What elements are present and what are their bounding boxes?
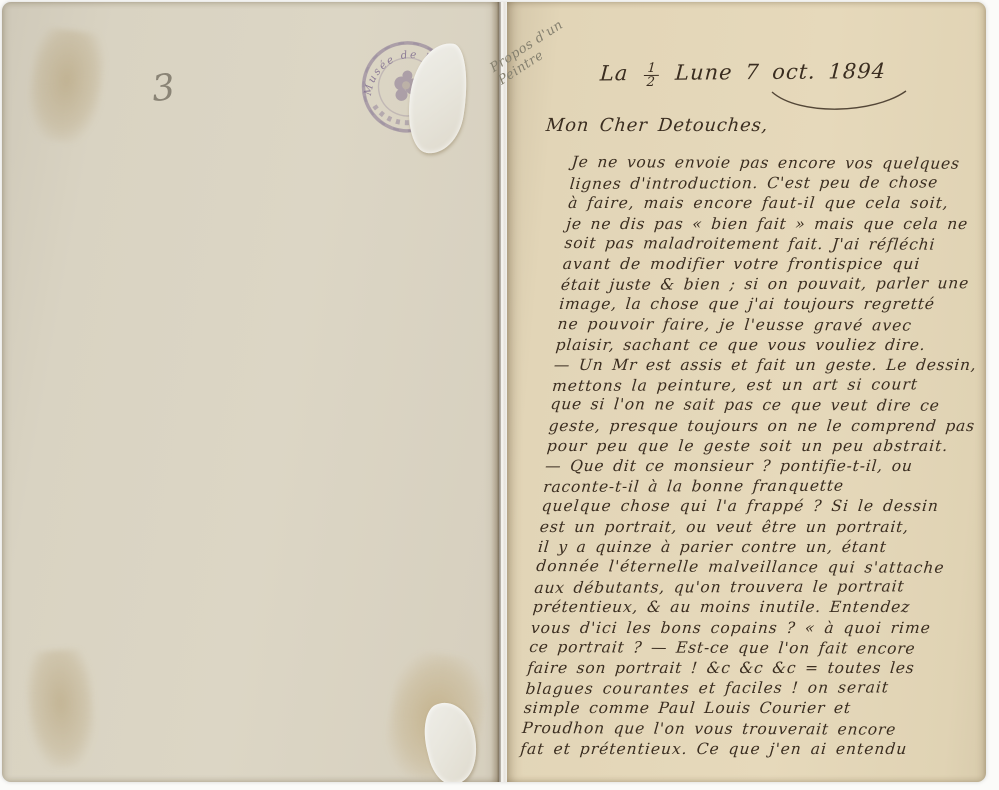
letter-line: Proudhon que l'on vous trouverait encore xyxy=(521,718,971,740)
letter-line: faire son portrait ! &c &c &c = toutes l… xyxy=(527,658,977,678)
letter-line: prétentieux, & au moins inutile. Entende… xyxy=(532,597,982,617)
letter-line: mettons la peinture, est un art si court xyxy=(551,374,986,396)
letter-line: geste, presque toujours on ne le compren… xyxy=(548,416,986,436)
letter-line: blagues courantes et faciles ! on serait xyxy=(525,677,975,699)
letter-dateline: La 12 Lune 7 oct. 1894 xyxy=(599,59,931,89)
page-left-blank: 3 Musée de la xyxy=(2,2,499,782)
letter-line: est un portrait, ou veut être un portrai… xyxy=(539,517,986,537)
paper-damage-bottom xyxy=(417,697,485,782)
flourish-underline xyxy=(764,88,914,118)
stain-bottom-left xyxy=(24,648,98,770)
letter-line: que si l'on ne sait pas ce que veut dire… xyxy=(550,394,986,416)
scanned-letter: { "annotations": { "pencil_note": "Propo… xyxy=(0,0,999,790)
letter-line: donnée l'éternelle malveillance qui s'at… xyxy=(535,556,985,578)
letter-line: était juste & bien ; si on pouvait, parl… xyxy=(560,273,986,295)
letter-line: vous d'ici les bons copains ? « à quoi r… xyxy=(530,618,980,638)
letter-line: il y a quinze à parier contre un, étant xyxy=(537,537,986,557)
letter-line: je ne dis pas « bien fait » mais que cel… xyxy=(565,214,986,234)
letter-line: Je ne vous envoie pas encore vos quelque… xyxy=(571,152,986,174)
letter-line: avant de modifier votre frontispice qui xyxy=(562,254,986,274)
letter-line: quelque chose qui l'a frappé ? Si le des… xyxy=(541,496,986,516)
letter-line: soit pas maladroitement fait. J'ai réflé… xyxy=(564,233,986,255)
letter-line: fat et prétentieux. Ce que j'en ai enten… xyxy=(519,739,969,759)
letter-line: — Un Mr est assis et fait un geste. Le d… xyxy=(553,355,986,375)
letter-line: ce portrait ? — Est-ce que l'on fait enc… xyxy=(528,637,978,659)
letter-spread: 3 Musée de la xyxy=(2,2,986,782)
letter-line: ne pouvoir faire, je l'eusse gravé avec xyxy=(557,314,986,336)
letter-line: simple comme Paul Louis Courier et xyxy=(523,698,973,718)
letter-salutation: Mon Cher Detouches, xyxy=(545,115,769,136)
letter-line: plaisir, sachant ce que vous vouliez dir… xyxy=(555,335,986,355)
pencil-page-number: 3 xyxy=(150,67,177,110)
letter-line: à faire, mais encore faut-il que cela so… xyxy=(567,193,986,213)
dateline-place: La xyxy=(599,61,629,85)
letter-line: pour peu que le geste soit un peu abstra… xyxy=(546,436,986,456)
letter-line: image, la chose que j'ai toujours regret… xyxy=(558,294,986,314)
dateline-fraction: 12 xyxy=(643,63,660,88)
dateline-date: Lune 7 oct. 1894 xyxy=(674,59,886,85)
letter-line: — Que dit ce monsieur ? pontifie-t-il, o… xyxy=(544,456,986,476)
letter-line: lignes d'introduction. C'est peu de chos… xyxy=(569,172,986,194)
letter-line: aux débutants, qu'on trouvera le portrai… xyxy=(534,576,984,598)
letter-line: raconte-t-il à la bonne franquette xyxy=(542,475,986,497)
stain-top-left xyxy=(23,26,108,146)
letter-body: Je ne vous envoie pas encore vos quelque… xyxy=(519,153,986,759)
